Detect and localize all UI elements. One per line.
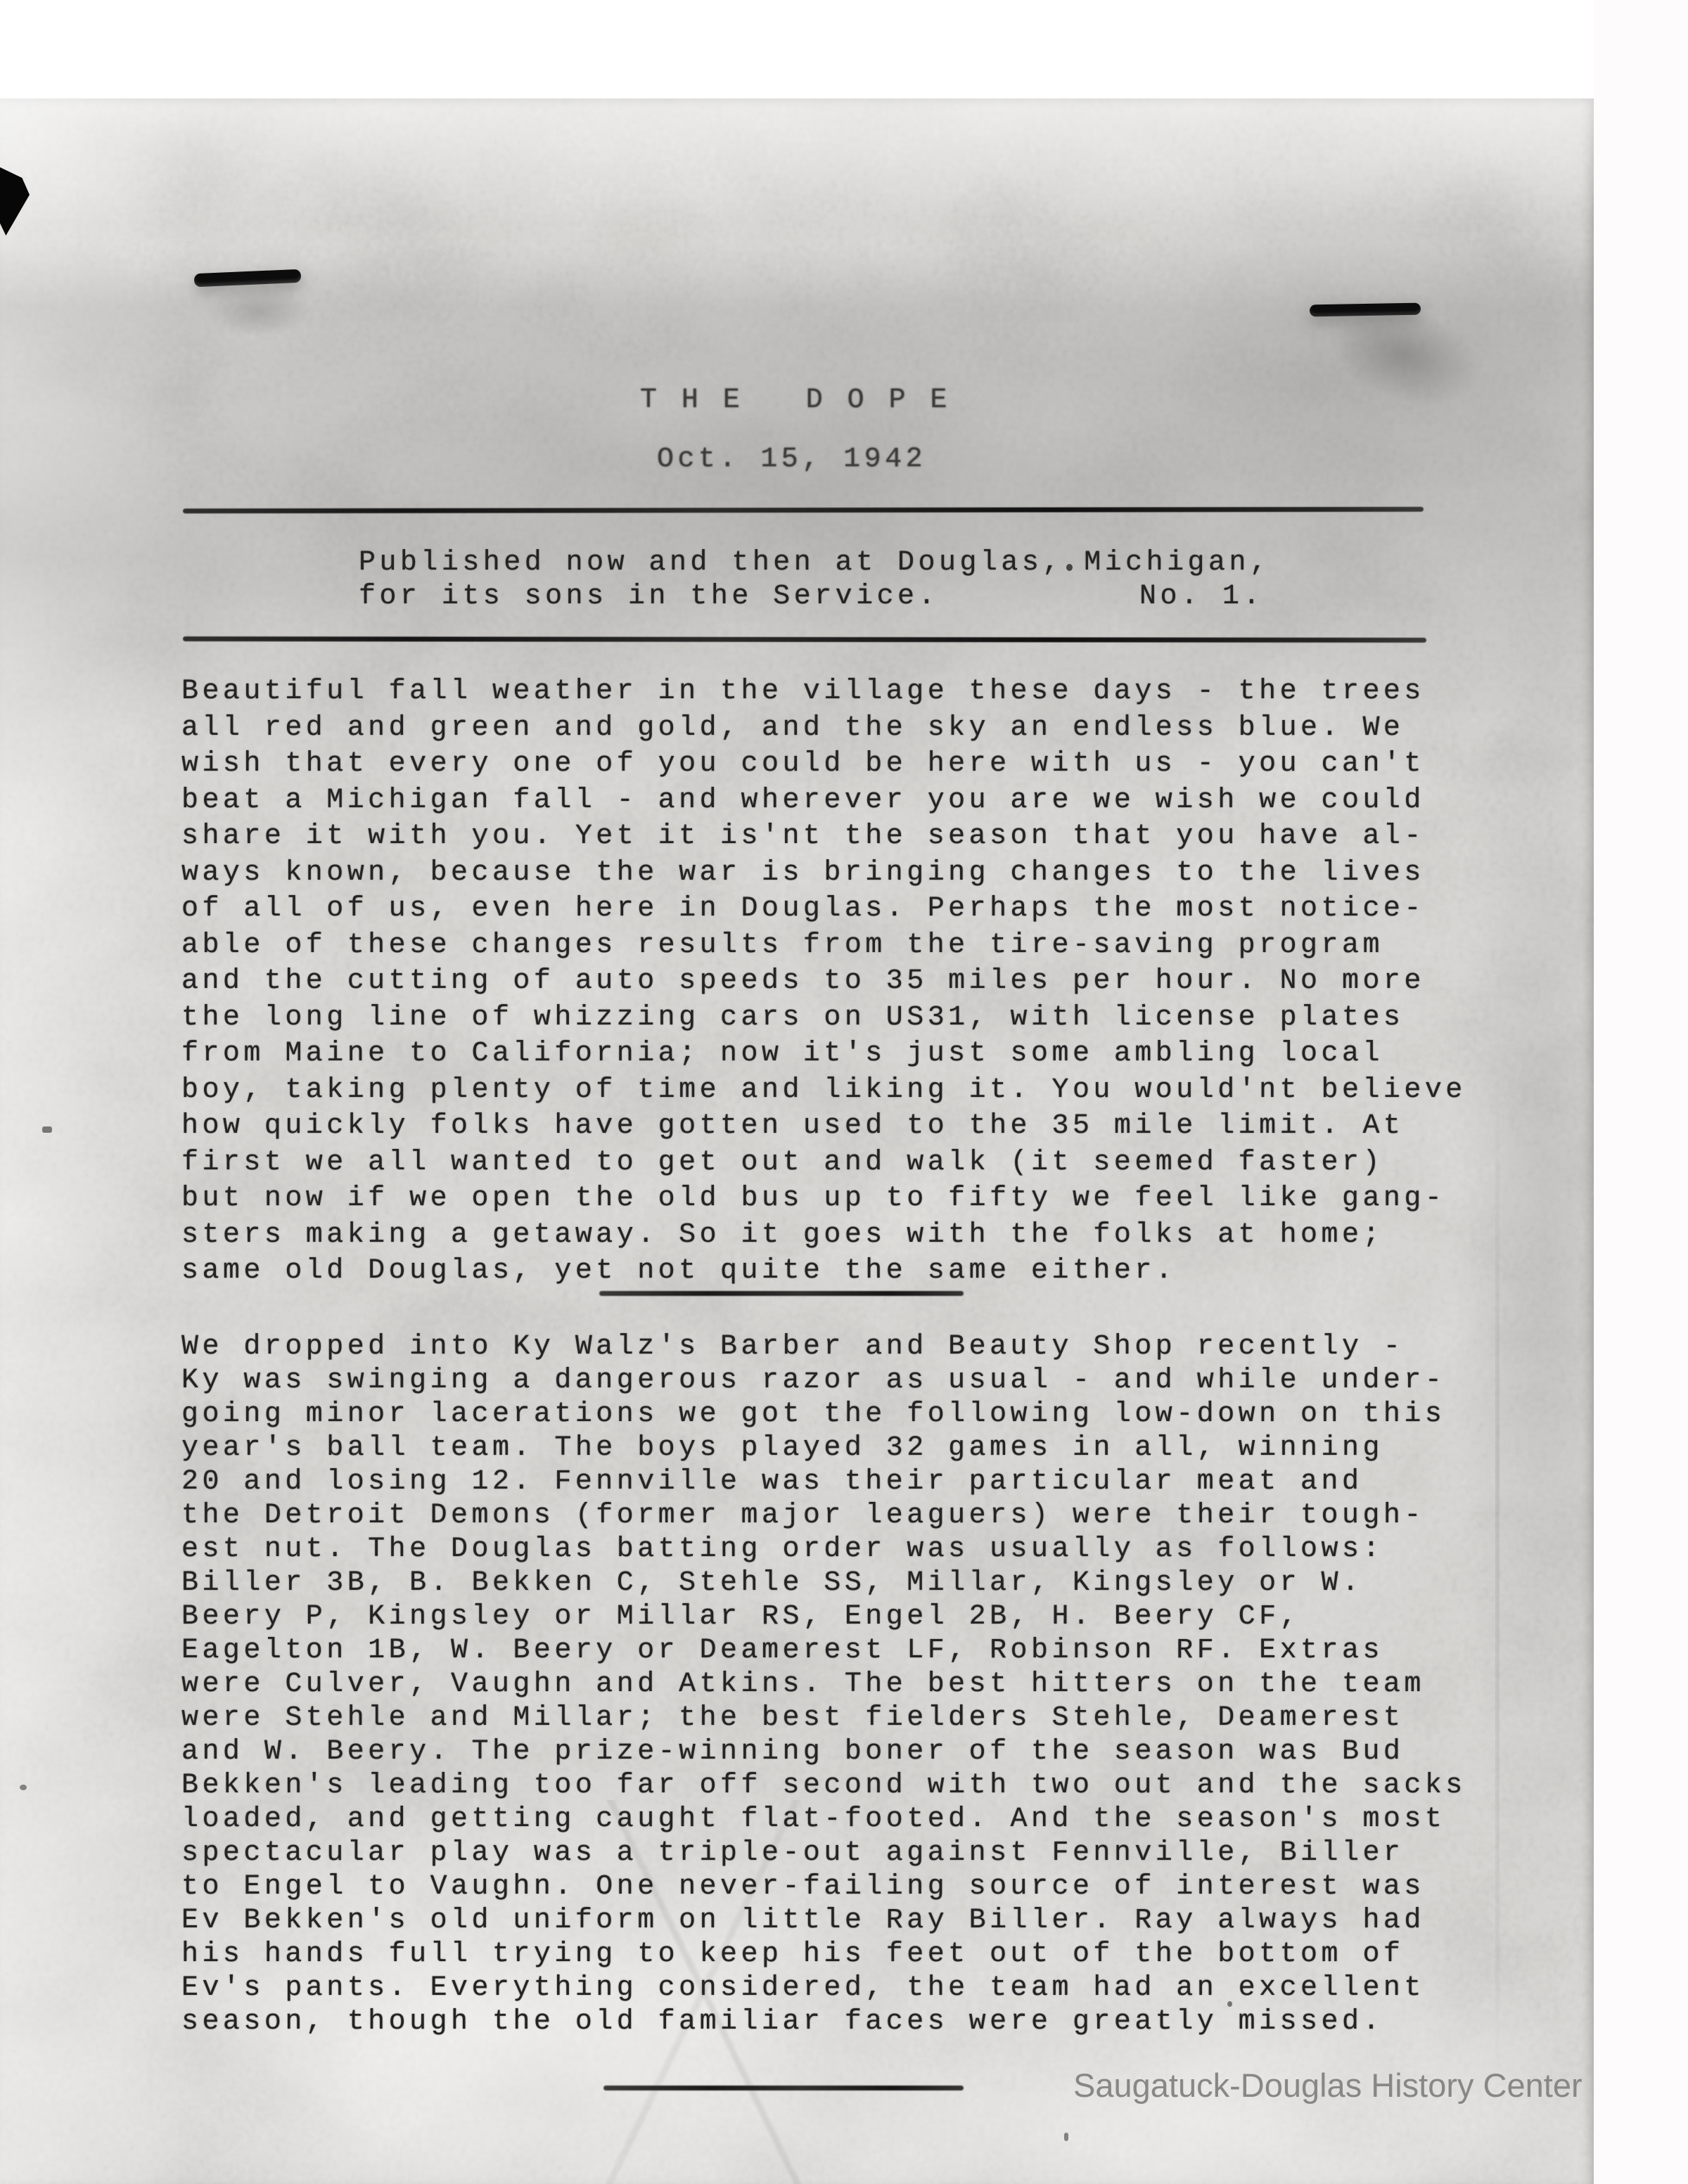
text-line: to Engel to Vaughn. One never-failing so… xyxy=(181,1870,1466,1904)
text-line: share it with you. Yet it is'nt the seas… xyxy=(181,818,1466,855)
text-line: wish that every one of you could be here… xyxy=(181,746,1466,783)
text-line: his hands full trying to keep his feet o… xyxy=(181,1938,1466,1972)
text-line: first we all wanted to get out and walk … xyxy=(181,1145,1466,1181)
text-line: the Detroit Demons (former major leaguer… xyxy=(181,1499,1466,1533)
text-line: how quickly folks have gotten used to th… xyxy=(181,1108,1466,1145)
text-line: beat a Michigan fall - and wherever you … xyxy=(181,783,1466,819)
issue-number: No. 1. xyxy=(1139,581,1264,613)
scan-area: T H E D O P E Oct. 15, 1942 Published no… xyxy=(0,0,1688,2184)
ink-speck xyxy=(1064,2133,1068,2141)
text-line: Biller 3B, B. Bekken C, Stehle SS, Milla… xyxy=(181,1567,1466,1600)
text-line: the long line of whizzing cars on US31, … xyxy=(181,1000,1466,1036)
text-line: going minor lacerations we got the follo… xyxy=(181,1398,1466,1432)
vertical-crease xyxy=(1495,1055,1500,2109)
text-line: year's ball team. The boys played 32 gam… xyxy=(181,1432,1466,1465)
text-line: 20 and losing 12. Fennville was their pa… xyxy=(181,1465,1466,1499)
text-line: but now if we open the old bus up to fif… xyxy=(181,1181,1466,1217)
text-line: Ev Bekken's old uniform on little Ray Bi… xyxy=(181,1904,1466,1938)
ink-speck xyxy=(42,1126,52,1133)
text-line: same old Douglas, yet not quite the same… xyxy=(181,1253,1466,1290)
paragraph-ball-team: We dropped into Ky Walz's Barber and Bea… xyxy=(181,1330,1466,2039)
staple-top-right xyxy=(1310,303,1421,317)
text-line: spectacular play was a triple-out agains… xyxy=(181,1837,1466,1870)
text-line: We dropped into Ky Walz's Barber and Bea… xyxy=(181,1330,1466,1364)
text-line: Bekken's leading too far off second with… xyxy=(181,1769,1466,1803)
text-line: were Stehle and Millar; the best fielder… xyxy=(181,1702,1466,1735)
text-line: Ev's pants. Everything considered, the t… xyxy=(181,1972,1466,2005)
text-line: est nut. The Douglas batting order was u… xyxy=(181,1533,1466,1567)
text-line: ways known, because the war is bringing … xyxy=(181,855,1466,892)
text-line: loaded, and getting caught flat-footed. … xyxy=(181,1803,1466,1837)
section-divider-end xyxy=(603,2086,964,2090)
section-divider xyxy=(599,1291,964,1296)
text-line: boy, taking plenty of time and liking it… xyxy=(181,1072,1466,1109)
newsletter-date: Oct. 15, 1942 xyxy=(657,444,926,475)
text-line: season, though the old familiar faces we… xyxy=(181,2005,1466,2039)
text-line: Beery P, Kingsley or Millar RS, Engel 2B… xyxy=(181,1600,1466,1634)
text-line: of all of us, even here in Douglas. Perh… xyxy=(181,891,1466,927)
imprint-line-1: Published now and then at Douglas, Michi… xyxy=(359,547,1270,579)
newsletter-title: T H E D O P E xyxy=(640,385,951,416)
text-line: from Maine to California; now it's just … xyxy=(181,1036,1466,1072)
text-line: Beautiful fall weather in the village th… xyxy=(181,674,1466,710)
scanner-margin-top xyxy=(0,0,1688,98)
text-line: able of these changes results from the t… xyxy=(181,927,1466,964)
scan-background: { "document": { "masthead": { "title": "… xyxy=(0,0,1688,2184)
imprint-line-2: for its sons in the Service. xyxy=(359,581,939,613)
ink-speck xyxy=(20,1785,27,1790)
text-line: Ky was swinging a dangerous razor as usu… xyxy=(181,1364,1466,1398)
staple-smudge-left xyxy=(205,287,311,336)
text-line: all red and green and gold, and the sky … xyxy=(181,710,1466,747)
paragraph-fall-weather: Beautiful fall weather in the village th… xyxy=(181,674,1466,1290)
text-line: Eagelton 1B, W. Beery or Deamerest LF, R… xyxy=(181,1634,1466,1668)
text-line: and the cutting of auto speeds to 35 mil… xyxy=(181,963,1466,1000)
text-line: sters making a getaway. So it goes with … xyxy=(181,1217,1466,1254)
scanner-margin-right xyxy=(1594,0,1688,2184)
text-line: were Culver, Vaughn and Atkins. The best… xyxy=(181,1668,1466,1702)
archive-watermark: Saugatuck-Douglas History Center xyxy=(1073,2066,1582,2105)
text-line: and W. Beery. The prize-winning boner of… xyxy=(181,1735,1466,1769)
